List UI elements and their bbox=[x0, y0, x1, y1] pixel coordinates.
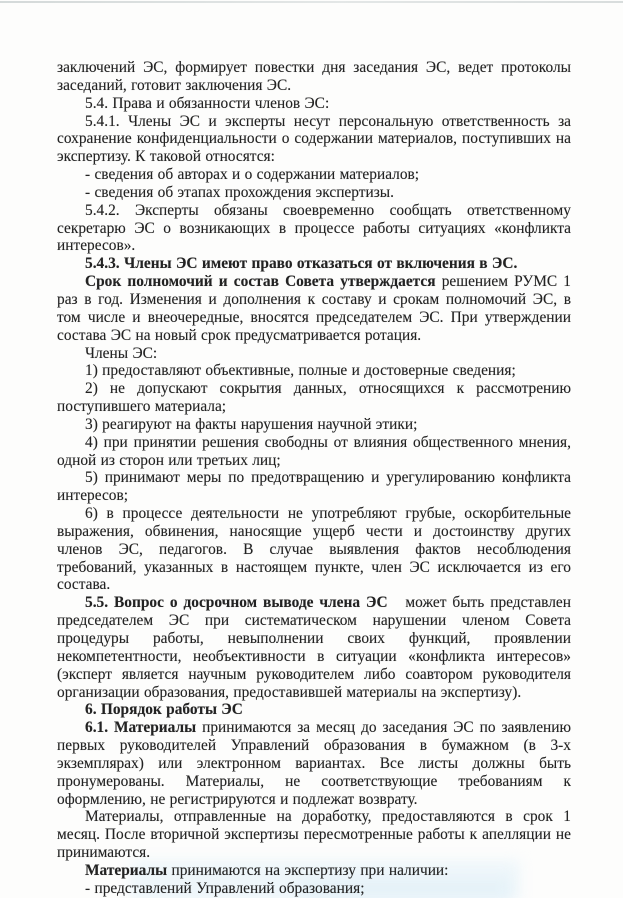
paragraph-continuation: заключений ЭС, формирует повестки дня за… bbox=[57, 59, 571, 95]
scanned-page: заключений ЭС, формирует повестки дня за… bbox=[0, 0, 623, 898]
numbered-item-1: 1) предоставляют объективные, полные и д… bbox=[57, 362, 571, 380]
paragraph-text-run: - представлений Управлений образования; bbox=[85, 880, 364, 897]
paragraph-text-run: заключений ЭС, формирует повестки дня за… bbox=[57, 59, 571, 94]
paragraph-bold-run: Материалы bbox=[85, 862, 171, 879]
paragraph-bold-run: Срок полномочий и состав Совета утвержда… bbox=[85, 273, 442, 290]
list-item-authors: - сведения об авторах и о содержании мат… bbox=[57, 166, 571, 184]
paragraph-6-1: 6.1. Материалы принимаются за месяц до з… bbox=[57, 719, 571, 808]
paragraph-text-run: 2) не допускают сокрытия данных, относящ… bbox=[57, 380, 571, 415]
paragraph-text-run: 3) реагируют на факты нарушения научной … bbox=[85, 416, 417, 433]
paragraph-5-4-1: 5.4.1. Члены ЭС и эксперты несут персона… bbox=[57, 113, 571, 167]
paragraph-text-run: 5.4.2. Эксперты обязаны своевременно соо… bbox=[57, 202, 571, 255]
paragraph-text-run: 5.4. Права и обязанности членов ЭС: bbox=[85, 95, 329, 112]
paragraph-5-4: 5.4. Права и обязанности членов ЭС: bbox=[57, 95, 571, 113]
numbered-item-5: 5) принимают меры по предотвращению и ур… bbox=[57, 469, 571, 505]
paragraph-text-run: - сведения об авторах и о содержании мат… bbox=[85, 166, 419, 183]
paragraph-5-4-3: 5.4.3. Члены ЭС имеют право отказаться о… bbox=[57, 255, 571, 273]
paragraph-text-run: 4) при принятии решения свободны от влия… bbox=[57, 434, 571, 469]
paragraph-text-run: принимаются на экспертизу при наличии: bbox=[171, 862, 448, 879]
paragraph-5-4-2: 5.4.2. Эксперты обязаны своевременно соо… bbox=[57, 202, 571, 256]
document-text-block: заключений ЭС, формирует повестки дня за… bbox=[57, 59, 571, 898]
paragraph-5-5: 5.5. Вопрос о досрочном выводе члена ЭС … bbox=[57, 594, 571, 701]
paragraph-members-heading: Члены ЭС: bbox=[57, 345, 571, 363]
paragraph-bold-run: 6. Порядок работы ЭС bbox=[85, 701, 243, 718]
paragraph-text-run: 6) в процессе деятельности не употребляю… bbox=[57, 505, 571, 593]
paragraph-text-run: 1) предоставляют объективные, полные и д… bbox=[85, 362, 516, 379]
list-item-submissions: - представлений Управлений образования; bbox=[57, 880, 571, 898]
paragraph-text-run: - сведения об этапах прохождения эксперт… bbox=[85, 184, 394, 201]
scan-top-edge-artifact bbox=[0, 1, 623, 3]
numbered-item-6: 6) в процессе деятельности не употребляю… bbox=[57, 505, 571, 594]
list-item-stages: - сведения об этапах прохождения эксперт… bbox=[57, 184, 571, 202]
paragraph-text-run: 5.4.1. Члены ЭС и эксперты несут персона… bbox=[57, 113, 571, 166]
paragraph-materials-accepted: Материалы принимаются на экспертизу при … bbox=[57, 862, 571, 880]
paragraph-term-of-office: Срок полномочий и состав Совета утвержда… bbox=[57, 273, 571, 344]
paragraph-bold-run: 6.1. Материалы bbox=[85, 719, 202, 736]
paragraph-text-run: Члены ЭС: bbox=[85, 345, 157, 362]
numbered-item-4: 4) при принятии решения свободны от влия… bbox=[57, 434, 571, 470]
paragraph-text-run: Материалы, отправленные на доработку, пр… bbox=[57, 808, 571, 861]
paragraph-bold-run: 5.4.3. Члены ЭС имеют право отказаться о… bbox=[85, 255, 517, 272]
section-6-heading: 6. Порядок работы ЭС bbox=[57, 701, 571, 719]
numbered-item-2: 2) не допускают сокрытия данных, относящ… bbox=[57, 380, 571, 416]
paragraph-revision: Материалы, отправленные на доработку, пр… bbox=[57, 808, 571, 862]
paragraph-text-run: 5) принимают меры по предотвращению и ур… bbox=[57, 469, 571, 504]
paragraph-bold-run: 5.5. Вопрос о досрочном выводе члена ЭС bbox=[85, 594, 394, 611]
numbered-item-3: 3) реагируют на факты нарушения научной … bbox=[57, 416, 571, 434]
